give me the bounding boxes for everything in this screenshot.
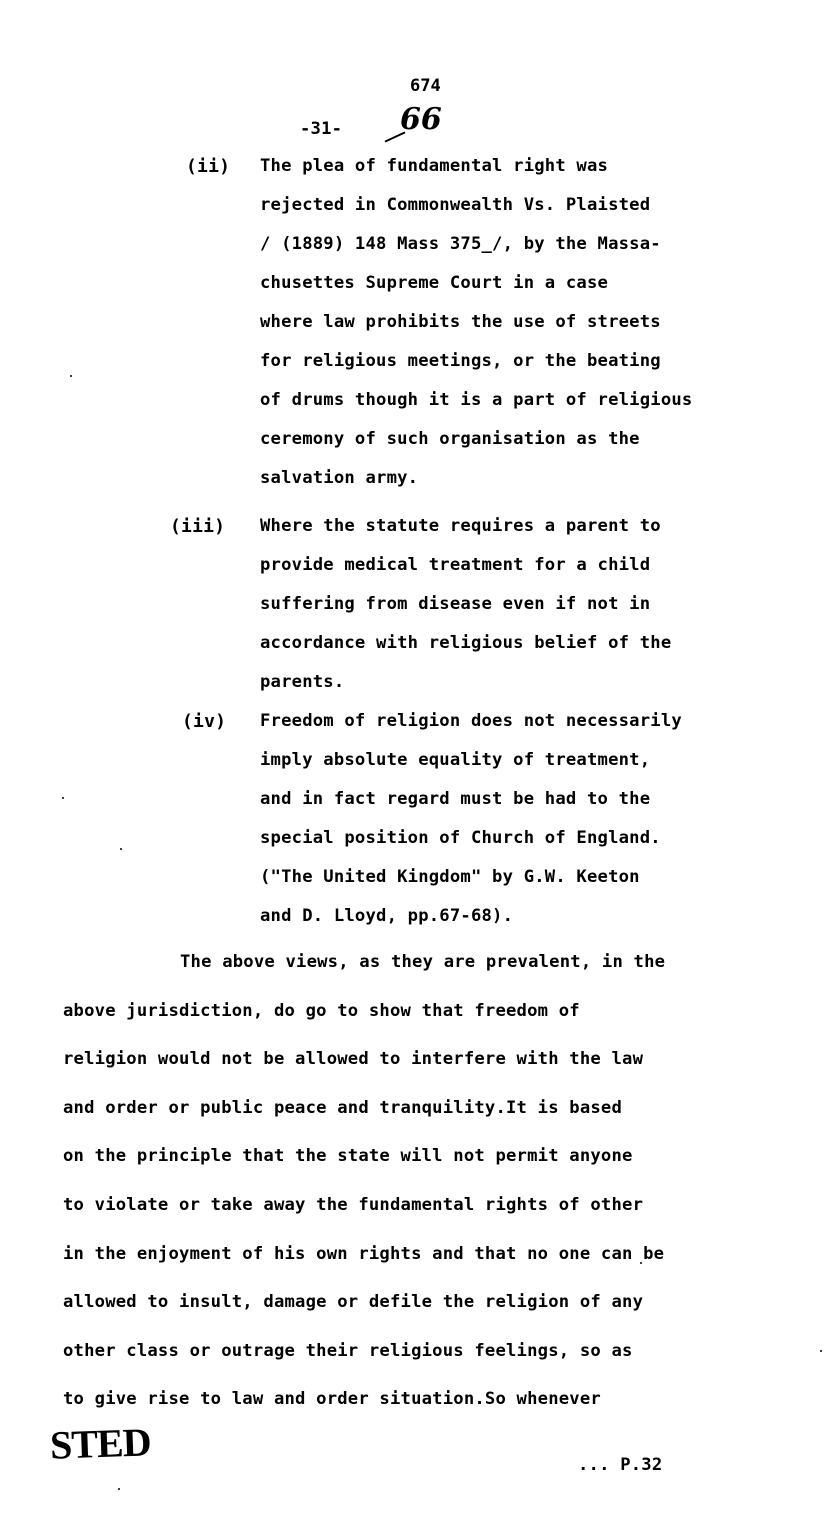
paragraph-line: on the principle that the state will not… [63, 1148, 633, 1165]
item-text-line: rejected in Commonwealth Vs. Plaisted [260, 197, 650, 214]
stamp-fragment: STED [49, 1418, 151, 1468]
item-text-line: parents. [260, 674, 344, 691]
item-text-line: suffering from disease even if not in [260, 596, 650, 613]
paragraph-line: and order or public peace and tranquilit… [63, 1100, 622, 1117]
item-text-line: chusettes Supreme Court in a case [260, 275, 608, 292]
paragraph-line: to give rise to law and order situation.… [63, 1391, 601, 1408]
document-page: 674 -31- 66 (ii)The plea of fundamental … [0, 0, 840, 1540]
scan-speck [70, 375, 72, 377]
item-text-line: accordance with religious belief of the [260, 635, 671, 652]
paragraph-line: other class or outrage their religious f… [63, 1343, 633, 1360]
item-text-line: of drums though it is a part of religiou… [260, 392, 692, 409]
item-marker: (iv) [182, 713, 226, 731]
handwritten-page-number: 66 [400, 102, 442, 137]
item-text-line: for religious meetings, or the beating [260, 353, 661, 370]
item-text-line: ceremony of such organisation as the [260, 431, 640, 448]
scan-speck [62, 797, 64, 799]
item-text-line: imply absolute equality of treatment, [260, 752, 650, 769]
paragraph-line: above jurisdiction, do go to show that f… [63, 1003, 580, 1020]
paragraph-line: in the enjoyment of his own rights and t… [63, 1246, 664, 1263]
scan-speck [640, 1262, 642, 1264]
item-marker: (ii) [186, 158, 230, 176]
scan-speck [120, 848, 122, 850]
item-text-line: where law prohibits the use of streets [260, 314, 661, 331]
continuation-note: ... P.32 [578, 1457, 662, 1474]
item-text-line: The plea of fundamental right was [260, 158, 608, 175]
stamped-page-number: 674 [410, 76, 441, 96]
scan-speck [820, 1350, 822, 1352]
item-text-line: special position of Church of England. [260, 830, 661, 847]
scan-speck [118, 1488, 120, 1490]
item-text-line: Where the statute requires a parent to [260, 518, 661, 535]
paragraph-line: The above views, as they are prevalent, … [180, 954, 665, 971]
paragraph-line: religion would not be allowed to interfe… [63, 1051, 643, 1068]
item-text-line: and in fact regard must be had to the [260, 791, 650, 808]
item-text-line: Freedom of religion does not necessarily [260, 713, 682, 730]
item-marker: (iii) [170, 518, 225, 536]
item-text-line: provide medical treatment for a child [260, 557, 650, 574]
handwritten-underline [385, 131, 406, 142]
typed-page-number: -31- [300, 121, 342, 138]
item-text-line: / (1889) 148 Mass 375_/, by the Massa- [260, 236, 661, 253]
item-text-line: ("The United Kingdom" by G.W. Keeton [260, 869, 640, 886]
paragraph-line: to violate or take away the fundamental … [63, 1197, 643, 1214]
item-text-line: salvation army. [260, 470, 418, 487]
item-text-line: and D. Lloyd, pp.67-68). [260, 908, 513, 925]
paragraph-line: allowed to insult, damage or defile the … [63, 1294, 643, 1311]
